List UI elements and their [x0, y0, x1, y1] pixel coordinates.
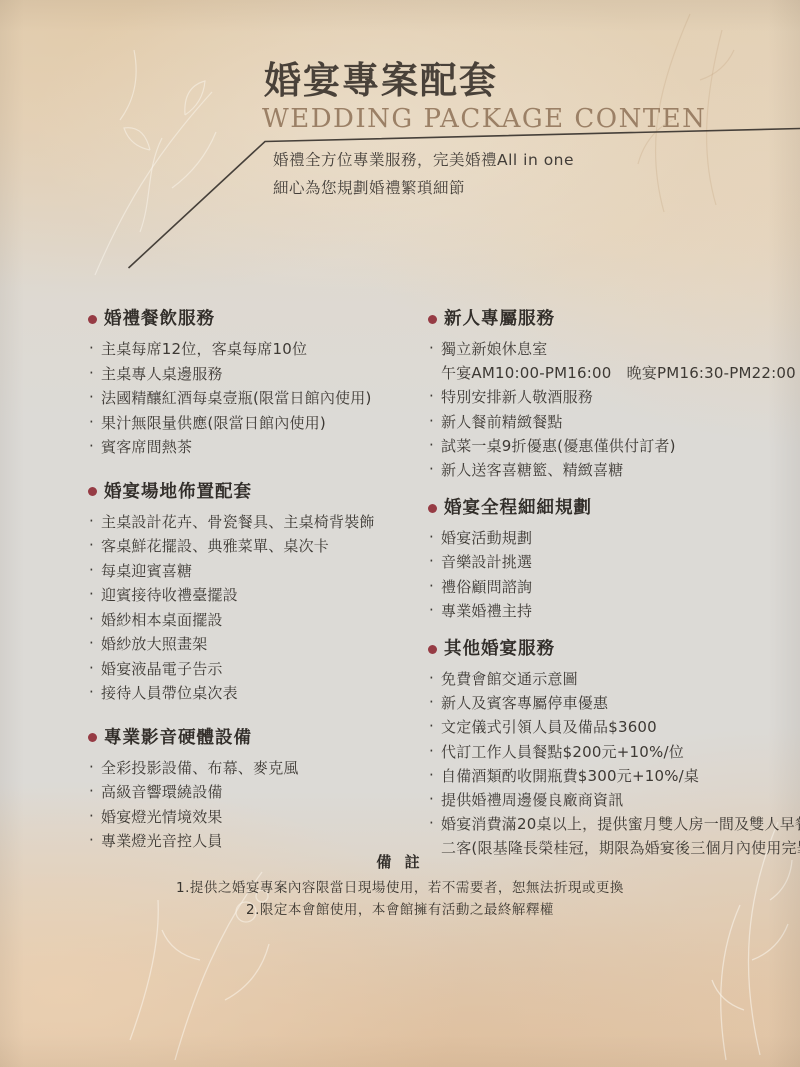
list-item: ·專業燈光音控人員: [88, 829, 424, 854]
intro-line-2: 細心為您規劃婚禮繁瑣細節: [273, 174, 574, 202]
list-item: ·提供婚禮周邊優良廠商資訊: [428, 788, 800, 812]
list-item: ·主桌專人桌邊服務: [88, 362, 424, 387]
item-dot-icon: ·: [89, 582, 94, 607]
section-header: 婚禮餐飲服務: [88, 306, 424, 332]
item-text: 全彩投影設備、布幕、麥克風: [101, 759, 299, 777]
list-item: ·高級音響環繞設備: [88, 780, 424, 805]
item-dot-icon: ·: [429, 574, 434, 598]
item-dot-icon: ·: [89, 607, 94, 632]
item-dot-icon: ·: [89, 533, 94, 558]
list-item: ·法國精釀紅酒每桌壹瓶(限當日館內使用): [88, 386, 424, 411]
item-dot-icon: ·: [89, 779, 94, 804]
item-dot-icon: ·: [89, 509, 94, 534]
item-dot-icon: ·: [89, 558, 94, 583]
section-header: 專業影音硬體設備: [88, 725, 424, 751]
list-item: ·接待人員帶位桌次表: [88, 681, 424, 706]
item-text: 試菜一桌9折優惠(優惠僅供付訂者): [441, 437, 676, 455]
intro-text: 婚禮全方位專業服務，完美婚禮All in one 細心為您規劃婚禮繁瑣細節: [273, 146, 574, 202]
list-item: ·新人餐前精緻餐點: [428, 410, 800, 434]
item-text: 婚紗相本桌面擺設: [101, 611, 223, 629]
item-text: 主桌設計花卉、骨瓷餐具、主桌椅背裝飾: [101, 513, 375, 531]
section-bullet-icon: [88, 733, 97, 742]
list-item: ·客桌鮮花擺設、典雅菜單、桌次卡: [88, 534, 424, 559]
list-item: ·免費會館交通示意圖: [428, 667, 800, 691]
item-dot-icon: ·: [429, 384, 434, 408]
list-item: ·文定儀式引領人員及備品$3600: [428, 715, 800, 739]
list-item: ·新人及賓客專屬停車優惠: [428, 691, 800, 715]
item-dot-icon: ·: [429, 549, 434, 573]
item-dot-icon: ·: [429, 433, 434, 457]
section-bullet-icon: [428, 315, 437, 324]
section-right-2: 其他婚宴服務·免費會館交通示意圖·新人及賓客專屬停車優惠·文定儀式引領人員及備品…: [428, 636, 800, 861]
section-header: 其他婚宴服務: [428, 636, 800, 662]
item-dot-icon: ·: [429, 666, 434, 690]
item-text: 婚宴燈光情境效果: [101, 808, 223, 826]
list-item: ·婚宴活動規劃: [428, 526, 800, 550]
section-bullet-icon: [428, 504, 437, 513]
item-text: 婚宴活動規劃: [441, 529, 532, 547]
item-text: 自備酒類酌收開瓶費$300元+10%/桌: [441, 767, 699, 785]
item-dot-icon: ·: [89, 755, 94, 780]
list-item: ·音樂設計挑選: [428, 550, 800, 574]
item-text: 獨立新娘休息室: [441, 340, 547, 358]
item-text: 主桌專人桌邊服務: [101, 365, 223, 383]
item-text: 專業婚禮主持: [441, 602, 532, 620]
item-text: 主桌每席12位，客桌每席10位: [101, 340, 307, 358]
item-text: 專業燈光音控人員: [101, 832, 223, 850]
remarks-title: 備 註: [0, 851, 800, 872]
list-item: ·主桌每席12位，客桌每席10位: [88, 337, 424, 362]
list-item: ·代訂工作人員餐點$200元+10%/位: [428, 740, 800, 764]
item-text: 高級音響環繞設備: [101, 783, 223, 801]
item-text: 法國精釀紅酒每桌壹瓶(限當日館內使用): [101, 389, 372, 407]
item-dot-icon: ·: [429, 690, 434, 714]
section-header: 婚宴場地佈置配套: [88, 479, 424, 505]
list-item: ·主桌設計花卉、骨瓷餐具、主桌椅背裝飾: [88, 510, 424, 535]
list-item: ·禮俗顧問諮詢: [428, 575, 800, 599]
list-item: ·迎賓接待收禮臺擺設: [88, 583, 424, 608]
item-dot-icon: ·: [429, 336, 434, 360]
item-dot-icon: ·: [89, 828, 94, 853]
item-dot-icon: ·: [429, 457, 434, 481]
item-text: 果汁無限量供應(限當日館內使用): [101, 414, 326, 432]
list-item: ·婚紗放大照畫架: [88, 632, 424, 657]
content-column-right: 新人專屬服務·獨立新娘休息室午宴AM10:00-PM16:00 晚宴PM16:3…: [428, 306, 800, 874]
item-text: 婚宴消費滿20桌以上，提供蜜月雙人房一間及雙人早餐: [441, 815, 800, 833]
item-text: 接待人員帶位桌次表: [101, 684, 238, 702]
item-dot-icon: ·: [89, 385, 94, 410]
section-bullet-icon: [88, 487, 97, 496]
item-dot-icon: ·: [89, 361, 94, 386]
section-title: 新人專屬服務: [444, 306, 555, 332]
item-text: 新人及賓客專屬停車優惠: [441, 694, 608, 712]
section-right-0: 新人專屬服務·獨立新娘休息室午宴AM10:00-PM16:00 晚宴PM16:3…: [428, 306, 800, 482]
list-item: ·婚宴燈光情境效果: [88, 805, 424, 830]
item-text: 音樂設計挑選: [441, 553, 532, 571]
section-title: 婚禮餐飲服務: [104, 306, 215, 332]
list-item: ·婚宴消費滿20桌以上，提供蜜月雙人房一間及雙人早餐: [428, 812, 800, 836]
intro-line-1: 婚禮全方位專業服務，完美婚禮All in one: [273, 146, 574, 174]
section-title: 婚宴場地佈置配套: [104, 479, 252, 505]
section-left-0: 婚禮餐飲服務·主桌每席12位，客桌每席10位·主桌專人桌邊服務·法國精釀紅酒每桌…: [88, 306, 424, 460]
section-left-1: 婚宴場地佈置配套·主桌設計花卉、骨瓷餐具、主桌椅背裝飾·客桌鮮花擺設、典雅菜單、…: [88, 479, 424, 706]
section-bullet-icon: [88, 315, 97, 324]
item-dot-icon: ·: [429, 811, 434, 835]
item-dot-icon: ·: [89, 631, 94, 656]
list-item: ·全彩投影設備、布幕、麥克風: [88, 756, 424, 781]
item-dot-icon: ·: [429, 787, 434, 811]
item-dot-icon: ·: [429, 409, 434, 433]
list-item: ·獨立新娘休息室: [428, 337, 800, 361]
item-text: 迎賓接待收禮臺擺設: [101, 586, 238, 604]
content-column-left: 婚禮餐飲服務·主桌每席12位，客桌每席10位·主桌專人桌邊服務·法國精釀紅酒每桌…: [88, 306, 424, 873]
remarks-note-1: 1.提供之婚宴專案內容限當日現場使用，若不需要者，恕無法折現或更換: [0, 877, 800, 899]
item-text: 新人送客喜糖籃、精緻喜糖: [441, 461, 623, 479]
section-header: 新人專屬服務: [428, 306, 800, 332]
item-continuation-text: 午宴AM10:00-PM16:00 晚宴PM16:30-PM22:00: [441, 364, 796, 382]
remarks-note-2: 2.限定本會館使用，本會館擁有活動之最終解釋權: [0, 899, 800, 921]
item-text: 禮俗顧問諮詢: [441, 578, 532, 596]
item-dot-icon: ·: [89, 434, 94, 459]
wedding-package-document-page: 婚宴專案配套 WEDDING PACKAGE CONTEN 婚禮全方位專業服務，…: [0, 0, 800, 1067]
list-item: ·專業婚禮主持: [428, 599, 800, 623]
item-dot-icon: ·: [429, 598, 434, 622]
list-item-continuation: 午宴AM10:00-PM16:00 晚宴PM16:30-PM22:00: [428, 361, 800, 385]
list-item: ·試菜一桌9折優惠(優惠僅供付訂者): [428, 434, 800, 458]
item-dot-icon: ·: [429, 714, 434, 738]
list-item: ·賓客席間熱茶: [88, 435, 424, 460]
section-bullet-icon: [428, 645, 437, 654]
item-dot-icon: ·: [89, 410, 94, 435]
section-title: 專業影音硬體設備: [104, 725, 252, 751]
item-text: 文定儀式引領人員及備品$3600: [441, 718, 657, 736]
list-item: ·每桌迎賓喜糖: [88, 559, 424, 584]
item-text: 每桌迎賓喜糖: [101, 562, 192, 580]
item-text: 新人餐前精緻餐點: [441, 413, 563, 431]
item-text: 特別安排新人敬酒服務: [441, 388, 593, 406]
section-title: 婚宴全程細細規劃: [444, 495, 592, 521]
section-title: 其他婚宴服務: [444, 636, 555, 662]
item-text: 免費會館交通示意圖: [441, 670, 578, 688]
item-text: 婚紗放大照畫架: [101, 635, 207, 653]
list-item: ·果汁無限量供應(限當日館內使用): [88, 411, 424, 436]
item-text: 客桌鮮花擺設、典雅菜單、桌次卡: [101, 537, 329, 555]
item-dot-icon: ·: [89, 680, 94, 705]
section-left-2: 專業影音硬體設備·全彩投影設備、布幕、麥克風·高級音響環繞設備·婚宴燈光情境效果…: [88, 725, 424, 854]
section-header: 婚宴全程細細規劃: [428, 495, 800, 521]
item-text: 提供婚禮周邊優良廠商資訊: [441, 791, 623, 809]
list-item: ·婚宴液晶電子告示: [88, 657, 424, 682]
list-item: ·自備酒類酌收開瓶費$300元+10%/桌: [428, 764, 800, 788]
section-right-1: 婚宴全程細細規劃·婚宴活動規劃·音樂設計挑選·禮俗顧問諮詢·專業婚禮主持: [428, 495, 800, 623]
item-text: 賓客席間熱茶: [101, 438, 192, 456]
item-dot-icon: ·: [89, 656, 94, 681]
list-item: ·婚紗相本桌面擺設: [88, 608, 424, 633]
item-dot-icon: ·: [89, 804, 94, 829]
item-dot-icon: ·: [429, 525, 434, 549]
item-text: 婚宴液晶電子告示: [101, 660, 223, 678]
list-item: ·特別安排新人敬酒服務: [428, 385, 800, 409]
item-dot-icon: ·: [429, 739, 434, 763]
item-text: 代訂工作人員餐點$200元+10%/位: [441, 743, 684, 761]
item-dot-icon: ·: [429, 763, 434, 787]
list-item: ·新人送客喜糖籃、精緻喜糖: [428, 458, 800, 482]
remarks-footer: 備 註 1.提供之婚宴專案內容限當日現場使用，若不需要者，恕無法折現或更換 2.…: [0, 851, 800, 921]
item-dot-icon: ·: [89, 336, 94, 361]
